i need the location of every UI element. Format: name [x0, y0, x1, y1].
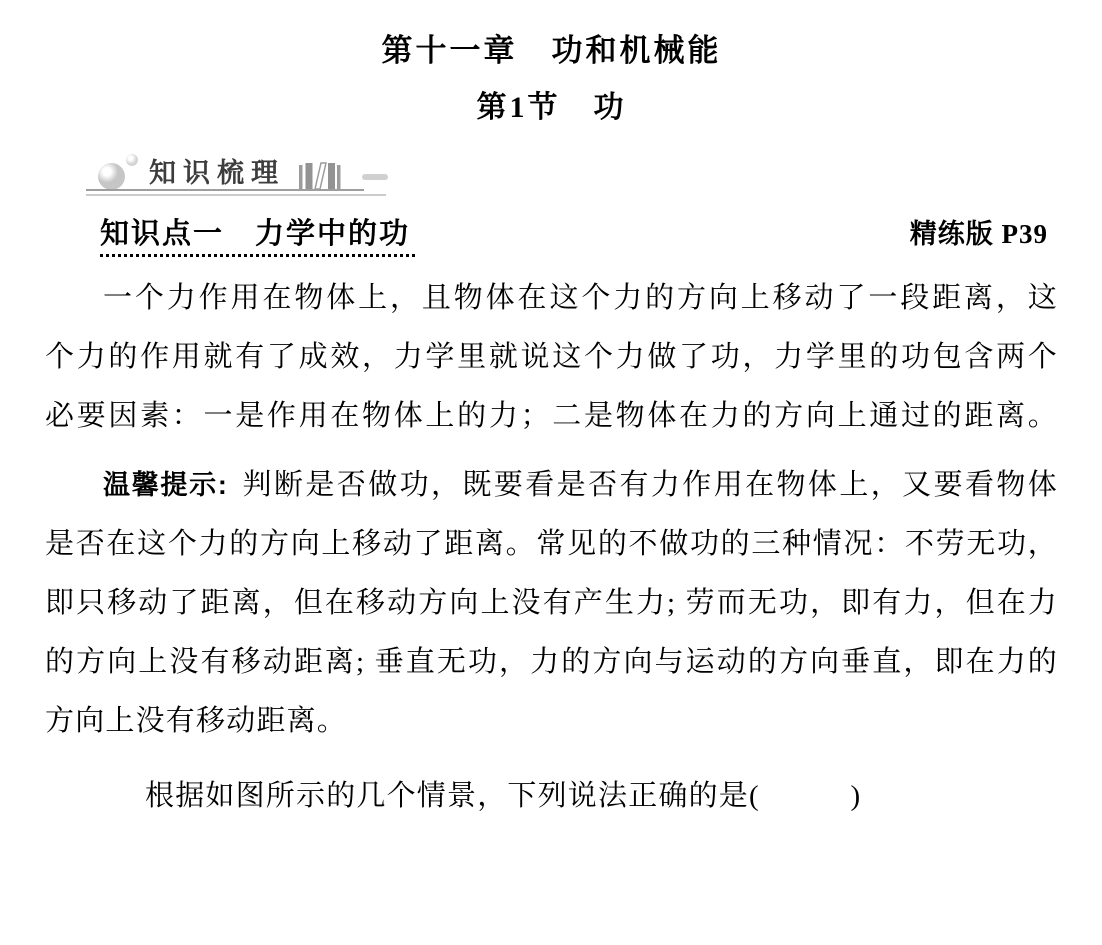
body-line: 的方向上没有移动距离; 垂直无功，力的方向与运动的方向垂直，即在力的 [45, 633, 1058, 692]
body-line: 个力的作用就有了成效，力学里就说这个力做了功，力学里的功包含两个 [45, 328, 1058, 387]
document-page: 第十一章 功和机械能 第1节 功 知识梳理 知识点一 力学中的功 精练版 P39… [0, 30, 1102, 826]
banner-underline-light [86, 194, 386, 196]
bookshelf-icon [299, 162, 341, 190]
tip-lead: 温馨提示: [103, 470, 227, 500]
body-line: 一个力作用在物体上，且物体在这个力的方向上移动了一段距离，这 [45, 269, 1058, 328]
chapter-title: 第十一章 功和机械能 [45, 30, 1058, 72]
body-line: 是否在这个力的方向上移动了距离。常见的不做功的三种情况：不劳无功， [45, 515, 1058, 574]
dash-icon [362, 174, 388, 180]
question-line: 根据如图所示的几个情景，下列说法正确的是( ) [45, 767, 1058, 826]
sphere-icon [98, 163, 125, 190]
knowledge-review-banner: 知识梳理 [85, 152, 415, 204]
body-line: 必要因素：一是作用在物体上的力；二是物体在力的方向上通过的距离。 [45, 387, 1058, 446]
knowledge-point-row: 知识点一 力学中的功 精练版 P39 [45, 212, 1058, 257]
body-text: 一个力作用在物体上，且物体在这个力的方向上移动了一段距离，这 个力的作用就有了成… [45, 269, 1058, 751]
question-text: 根据如图所示的几个情景，下列说法正确的是 [145, 780, 749, 812]
page-reference: 精练版 P39 [910, 212, 1048, 251]
body-line: 即只移动了距离，但在移动方向上没有产生力; 劳而无功，即有力，但在力 [45, 574, 1058, 633]
answer-blank: ( ) [749, 780, 861, 812]
banner-label: 知识梳理 [149, 157, 285, 189]
tip-text: 判断是否做功，既要看是否有力作用在物体上，又要看物体 [241, 469, 1058, 501]
section-title: 第1节 功 [45, 88, 1058, 128]
body-line: 方向上没有移动距离。 [45, 692, 1058, 751]
sphere-small-icon [126, 154, 138, 166]
knowledge-point-heading: 知识点一 力学中的功 [100, 218, 418, 257]
body-line-tip: 温馨提示:判断是否做功，既要看是否有力作用在物体上，又要看物体 [45, 456, 1058, 515]
banner-underline-dark [86, 189, 364, 191]
